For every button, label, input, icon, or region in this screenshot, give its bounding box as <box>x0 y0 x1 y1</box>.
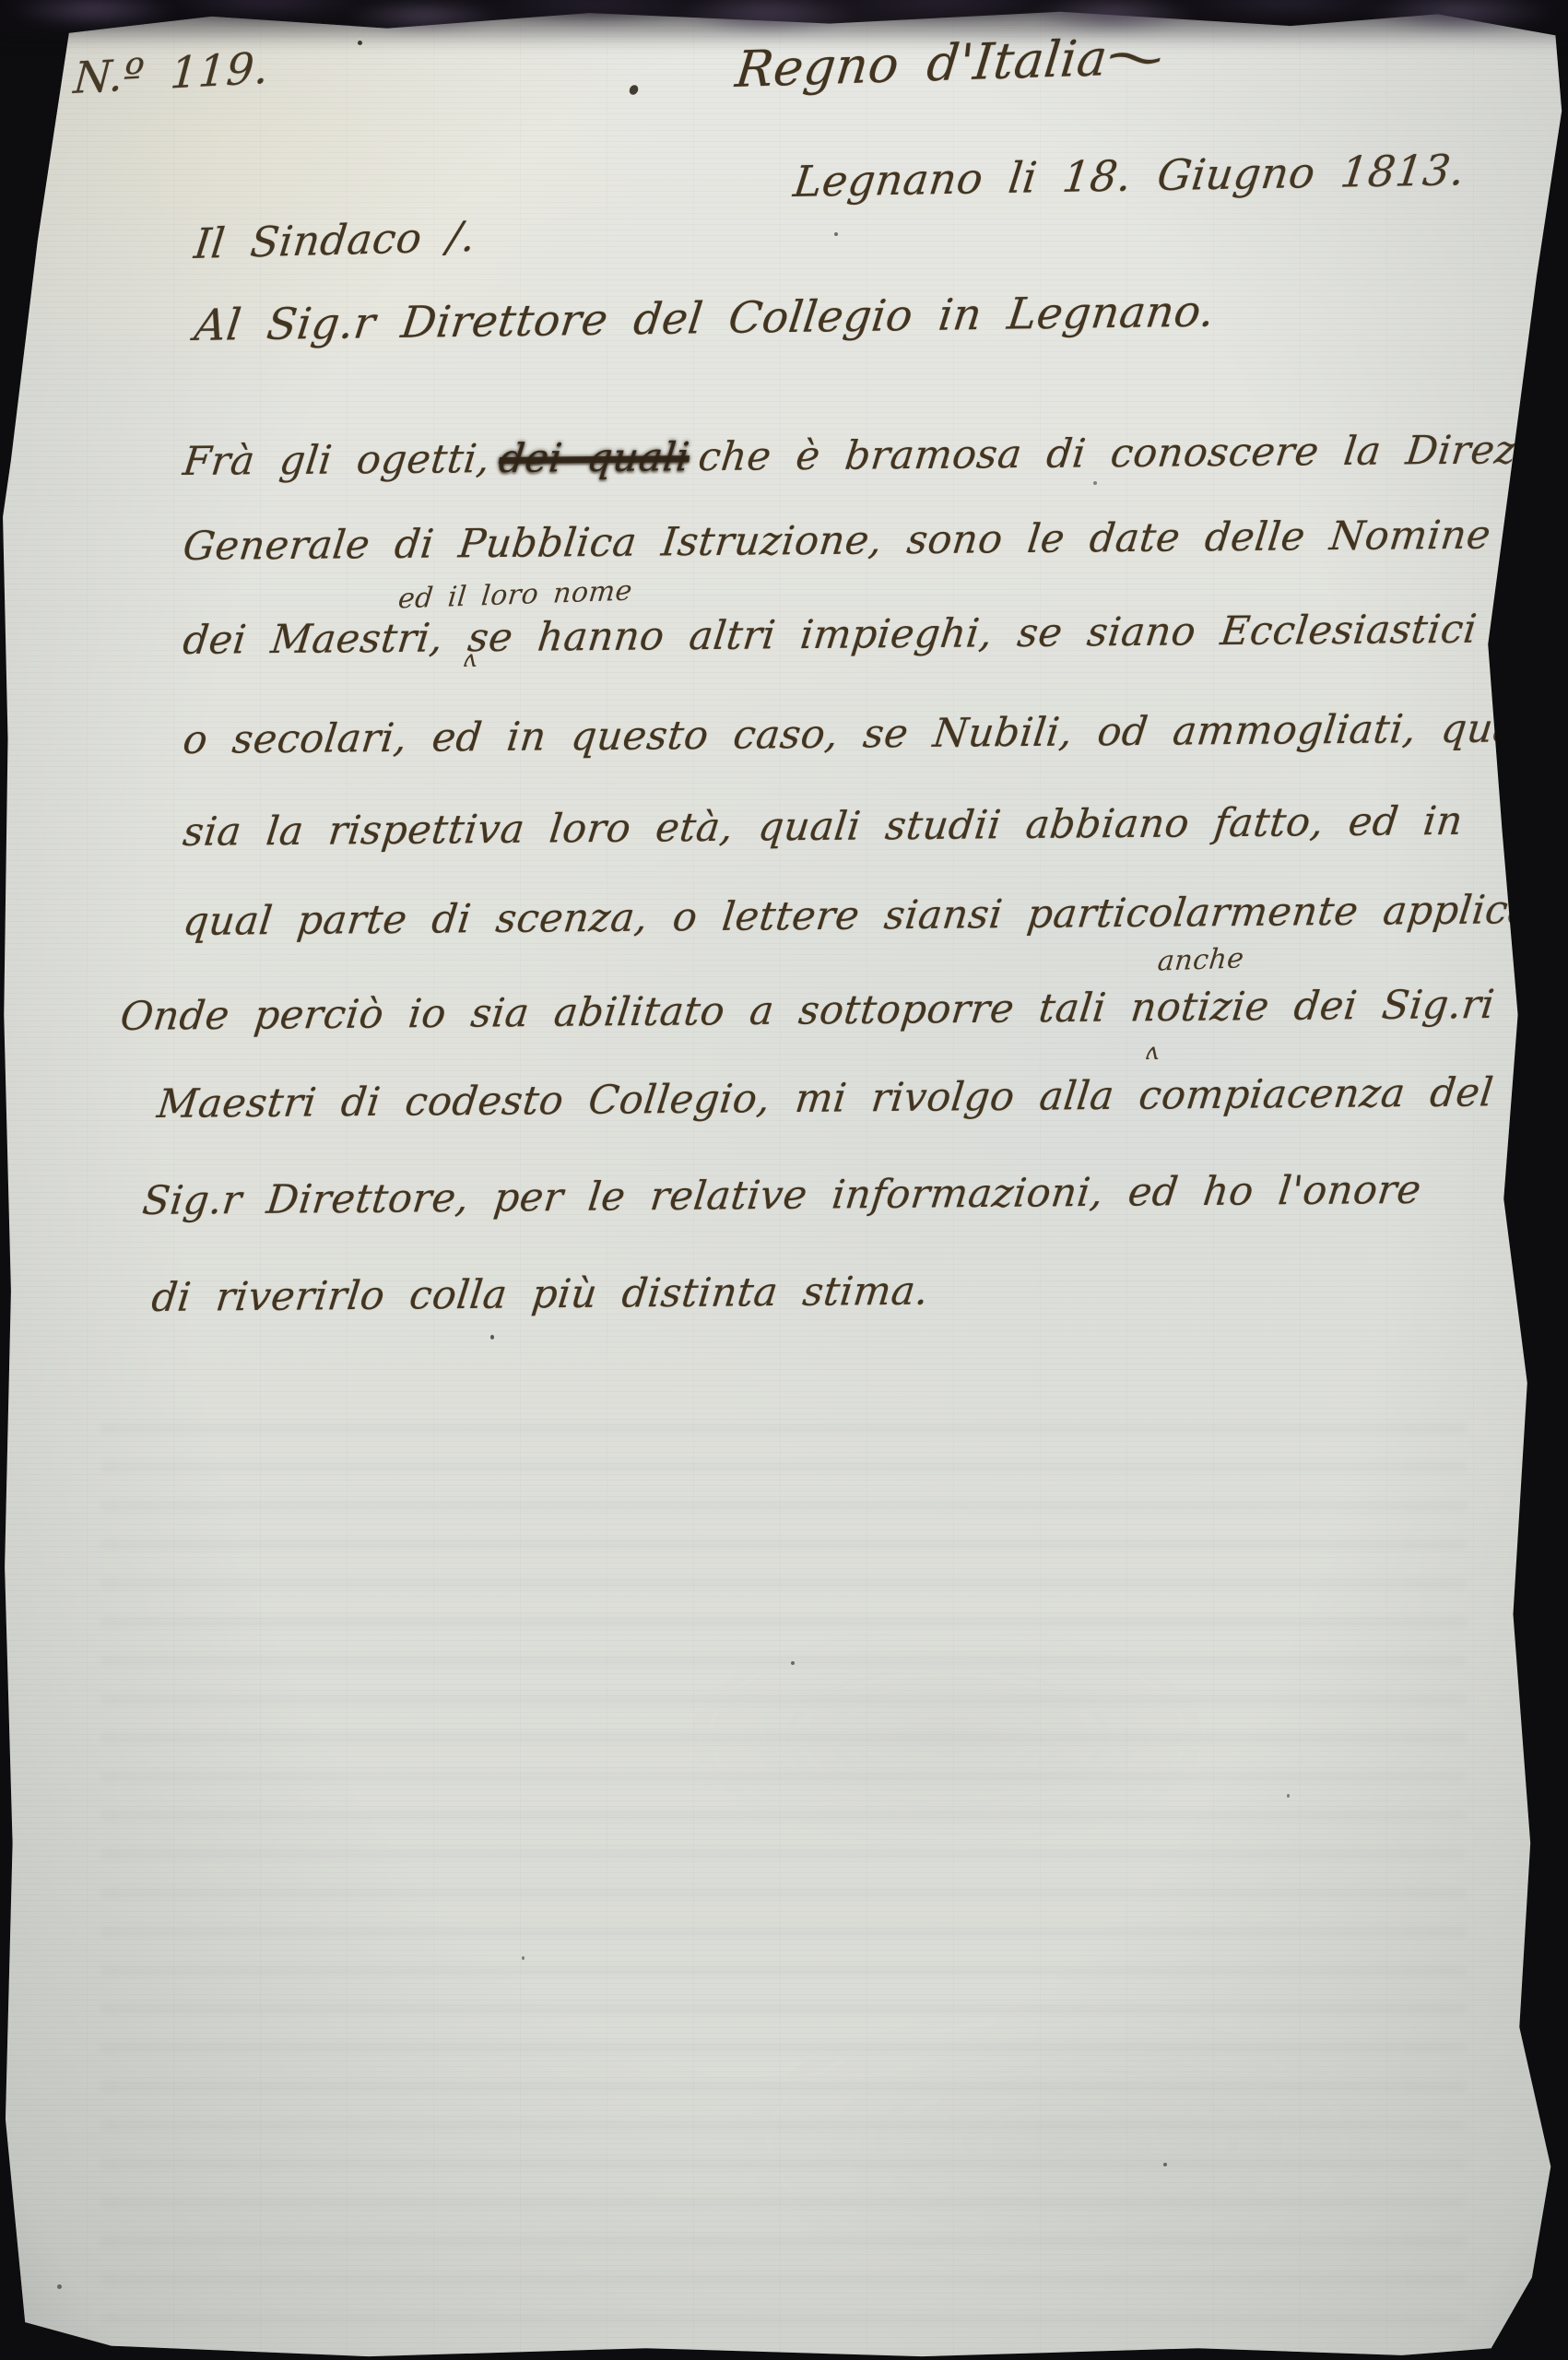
ink-speck <box>1163 2163 1167 2166</box>
photo-background: N.º 119. Regno d'Italia~ Legnano li 18. … <box>0 0 1568 2360</box>
body-line-2: Generale di Pubblica Istruzione, sono le… <box>181 513 1493 570</box>
body-line-7-pre: Onde perciò io sia abilitato a sottoporr… <box>118 984 1272 1040</box>
ink-speck <box>522 1956 525 1960</box>
ink-speck <box>490 1335 494 1339</box>
ink-speck <box>1287 1794 1290 1798</box>
body-line-10: di riverirlo colla più distinta stima. <box>149 1268 931 1321</box>
body-line-9: Sig.r Direttore, per le relative informa… <box>140 1167 1423 1224</box>
ink-speck <box>628 83 640 96</box>
body-line-1: Frà gli ogetti,dei qualiche è bramosa di… <box>181 427 1568 485</box>
body-line-5: sia la rispettiva loro età, quali studii… <box>181 798 1466 855</box>
insertion-caret: ʌ <box>1145 1038 1159 1066</box>
verso-show-through <box>101 1420 1466 2323</box>
letter-page: N.º 119. Regno d'Italia~ Legnano li 18. … <box>0 0 1568 2360</box>
kingdom-header: Regno d'Italia~ <box>733 27 1160 99</box>
struck-out-text: dei quali <box>497 434 692 482</box>
body-line-8: Maestri di codesto Collegio, mi rivolgo … <box>155 1069 1496 1127</box>
ink-speck <box>358 41 362 45</box>
body-line-1-pre: Frà gli ogetti, <box>181 436 492 485</box>
body-line-4: o secolari, ed in questo caso, se Nubili… <box>181 705 1557 763</box>
document-number: N.º 119. <box>72 43 270 104</box>
ink-speck <box>791 1661 795 1665</box>
ink-speck <box>57 2284 62 2289</box>
dateline: Legnano li 18. Giugno 1813. <box>791 145 1468 206</box>
ink-speck <box>1093 481 1097 485</box>
ink-speck <box>834 232 838 236</box>
interline-insertion-loro-nome: ed il loro nome <box>396 574 633 615</box>
body-line-3: dei Maestri, se hanno altri impieghi, se… <box>181 607 1480 664</box>
sender-line: Il Sindaco /. <box>192 212 478 268</box>
body-line-7-post: dei Sig.ri <box>1291 982 1497 1030</box>
body-line-1-post: che è bramosa di conoscere la Direzione <box>696 427 1568 481</box>
kingdom-header-text: Regno d'Italia <box>733 29 1111 99</box>
body-line-7: Onde perciò io sia abilitato a sottoporr… <box>118 982 1497 1040</box>
body-line-6: qual parte di scenza, o lettere siansi p… <box>181 887 1568 945</box>
interline-insertion-anche: anche <box>1156 942 1245 977</box>
recipient-line: Al Sig.r Direttore del Collegio in Legna… <box>192 286 1218 351</box>
